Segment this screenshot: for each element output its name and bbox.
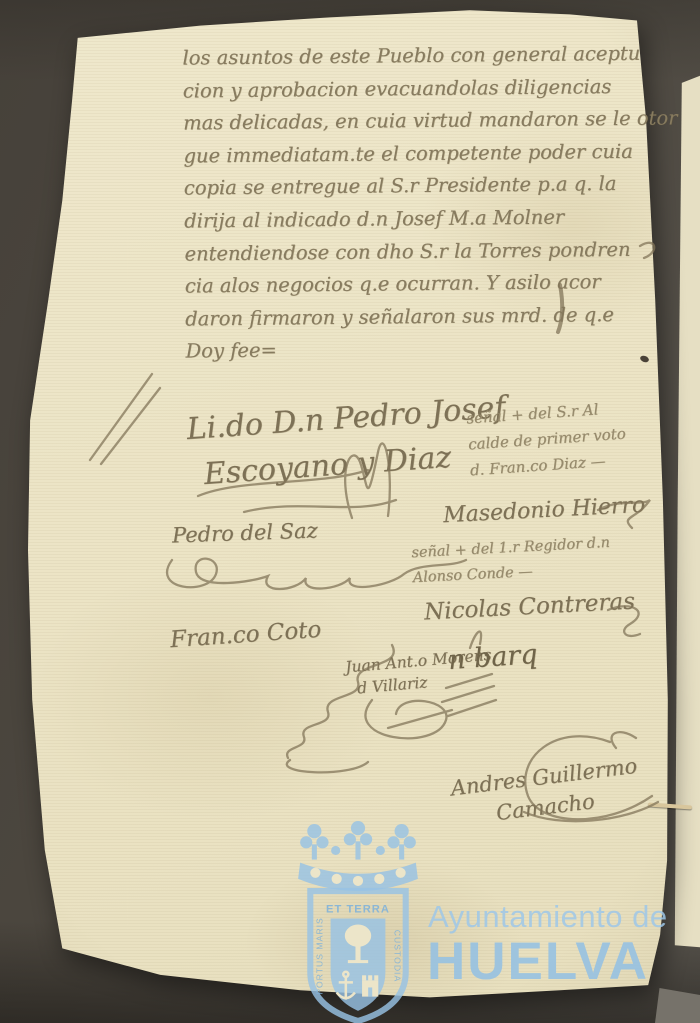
- scanned-manuscript-page: los asuntos de este Pueblo con general a…: [0, 0, 700, 1023]
- signature-saz: Pedro del Saz: [172, 518, 318, 547]
- mark-note-regidor: señal + del 1.r Regidor d.n Alonso Conde…: [411, 531, 612, 591]
- manuscript-line: gue immediatam.te el competente poder cu…: [183, 135, 665, 173]
- mark-note-alcalde: señal + del S.r Al calde de primer voto …: [465, 395, 628, 484]
- shield-motto-left: PORTUS MARIS: [314, 917, 324, 995]
- manuscript-line: cia alos negocios q.e ocurran. Y asilo a…: [185, 266, 667, 304]
- tower-icon: [362, 975, 378, 996]
- manuscript-line: copia se entregue al S.r Presidente p.a …: [184, 168, 666, 206]
- signature-rubrica: n barq: [447, 639, 538, 676]
- logo-city-text: HUELVA: [427, 931, 649, 992]
- manuscript-line: dirija al indicado d.n Josef M.a Molner: [184, 200, 666, 238]
- manuscript-line: Doy fee=: [185, 331, 667, 369]
- logo-institution-text: Ayuntamiento de: [428, 899, 668, 935]
- manuscript-line: mas delicadas, en cuia virtud mandaron s…: [183, 103, 665, 141]
- manuscript-text-block: los asuntos de este Pueblo con general a…: [182, 37, 667, 368]
- manuscript-line: daron firmaron y señalaron sus mrd. de q…: [185, 298, 667, 336]
- huelva-coat-of-arms-icon: ET TERRA PORTUS MARIS CUSTODIA: [292, 820, 424, 1023]
- manuscript-line: cion y aprobacion evacuandolas diligenci…: [183, 70, 665, 108]
- shield-motto-right: CUSTODIA: [393, 930, 403, 982]
- manuscript-line: entendiendose con dho S.r la Torres pond…: [184, 233, 666, 271]
- manuscript-line: los asuntos de este Pueblo con general a…: [182, 37, 664, 75]
- shield-motto-top: ET TERRA: [326, 903, 390, 915]
